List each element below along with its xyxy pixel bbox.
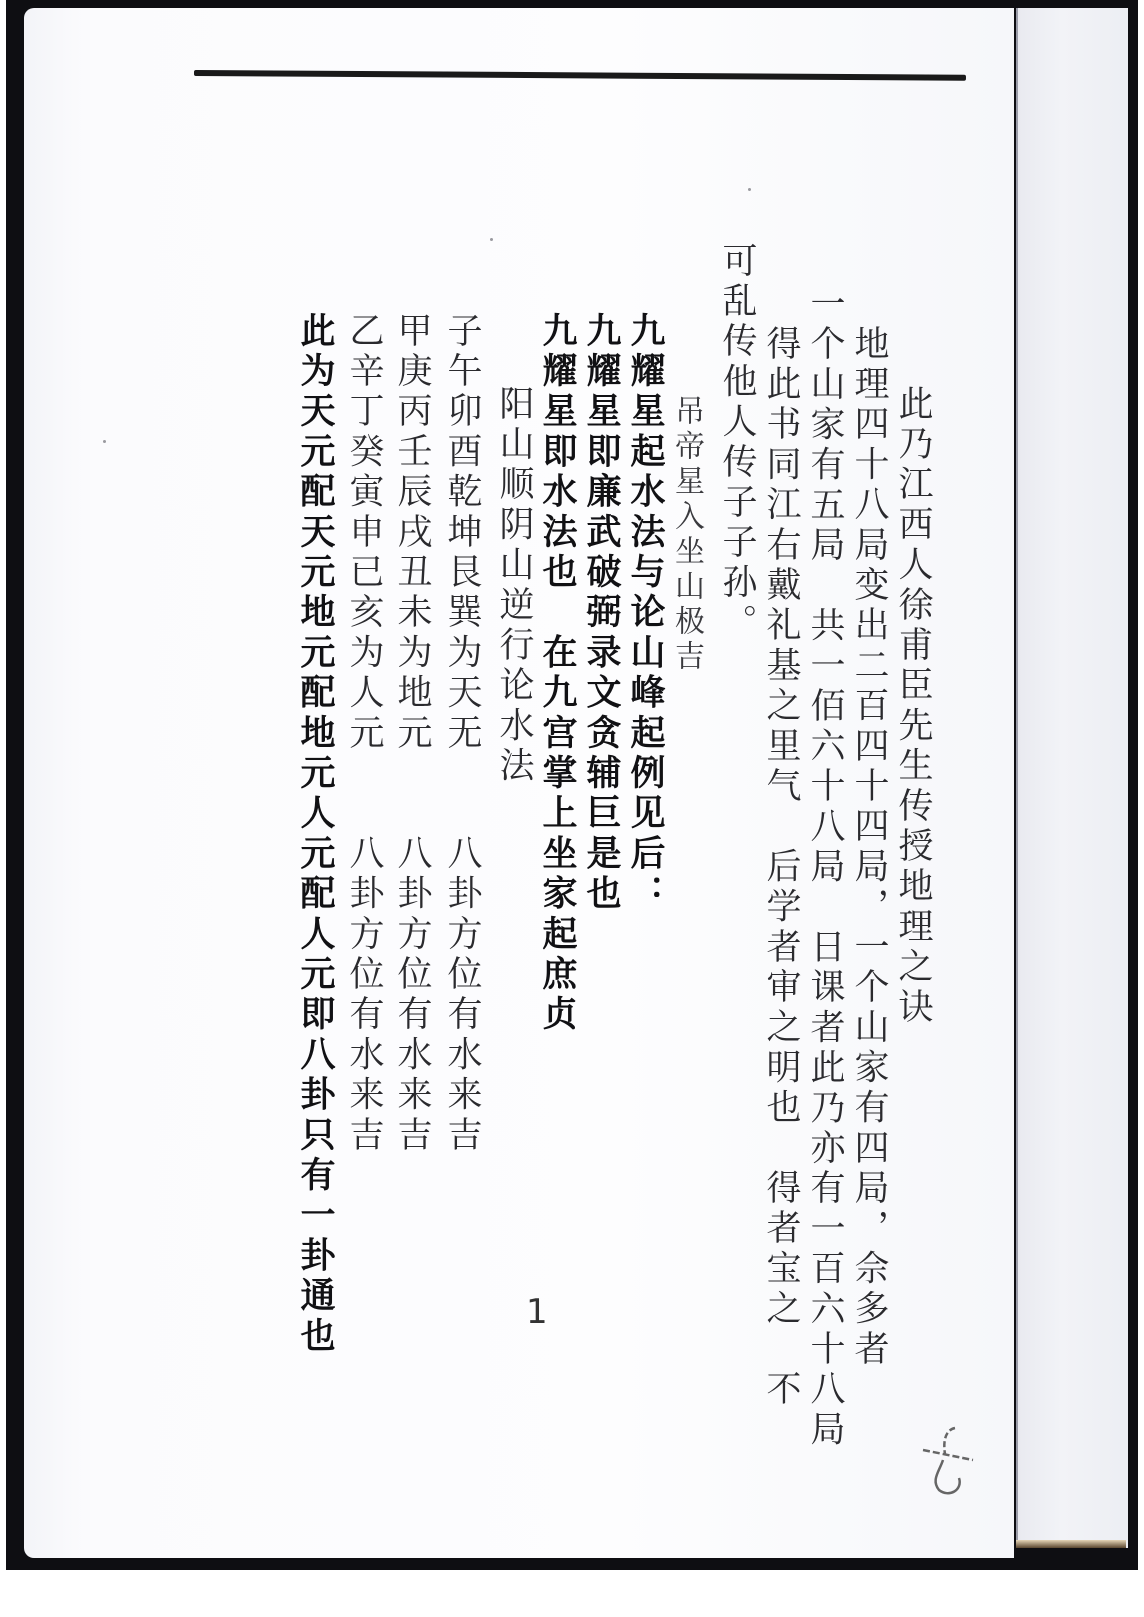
text-column-11: 子午卯酉乾坤艮巽为天无 八卦方位有水来吉 <box>444 312 479 1156</box>
adjacent-page-edge <box>1016 8 1128 1548</box>
handwritten-mark-icon <box>915 1420 975 1510</box>
scan-speck <box>748 188 751 191</box>
text-column-9: 九耀星即水法也 在九宫掌上坐家起庶贞 <box>540 312 575 1036</box>
text-column-3: 一个山家有五局 共一佰六十八局 日课者此乃亦有一百六十八局 <box>807 285 842 1451</box>
scan-speck <box>103 440 106 443</box>
text-column-1: 此乃江西人徐甫臣先生传授地理之诀 <box>895 385 930 1028</box>
scan-speck <box>490 238 493 241</box>
text-column-4: 得此书同江右戴礼基之里气 后学者审之明也 得者宝之 不 <box>763 325 798 1410</box>
text-column-13: 乙辛丁癸寅申已亥为人元 八卦方位有水来吉 <box>346 312 381 1156</box>
text-column-7: 九耀星起水法与论山峰起例见后： <box>628 312 663 915</box>
text-column-2: 地理四十八局变出二百四十四局，一个山家有四局，佘多者 <box>851 325 886 1370</box>
text-column-5: 可乱传他人传子子孙。 <box>719 242 754 644</box>
text-column-12: 甲庚丙壬辰戌丑未为地元 八卦方位有水来吉 <box>394 312 429 1156</box>
text-column-14: 此为天元配天元地元配地元人元配人元即八卦只有一卦通也 <box>298 312 333 1357</box>
page-edge-shadow <box>1016 1540 1126 1548</box>
text-column-8: 九耀星即廉武破弼录文贪辅巨是也 <box>584 312 619 915</box>
text-column-10: 阳山顺阴山逆行论水法 <box>496 385 531 787</box>
page-number: 1 <box>526 1292 548 1332</box>
text-column-6: 吊帝星入坐山极吉 <box>671 395 701 675</box>
